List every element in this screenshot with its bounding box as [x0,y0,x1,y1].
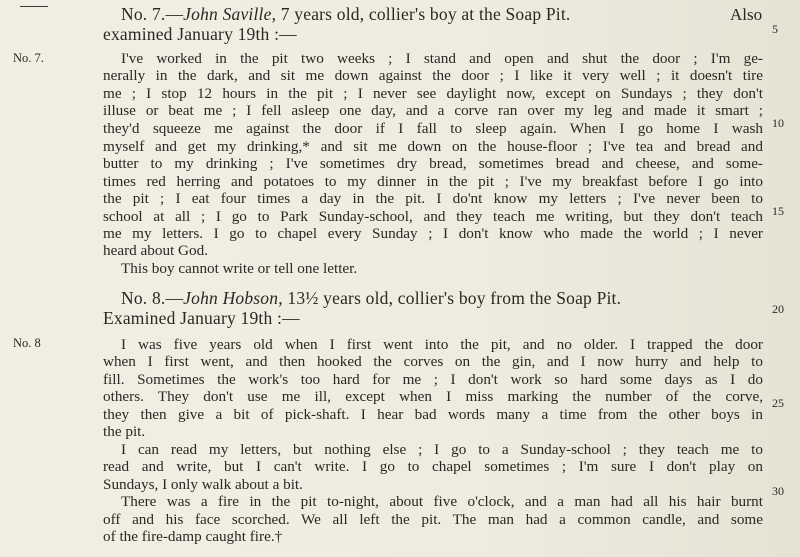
top-rule-divider [20,6,48,7]
entry7-name: John Saville, [183,4,276,24]
entry7-line: illuse or beat me ; I fell asleep one da… [103,102,763,119]
entry7-examined: examined January 19th :— [103,26,763,43]
entry7-line: me ; I stop 12 hours in the pit ; I neve… [103,85,763,102]
entry7-line: me my letters. I go to chapel every Sund… [103,225,763,242]
entry8-line: of the fire-damp caught fire.† [103,528,763,545]
entry8-heading: No. 8.—John Hobson, 13½ years old, colli… [103,290,763,307]
line-number: 10 [772,116,784,131]
entry7-line: heard about God. [103,242,763,259]
line-number: 15 [772,204,784,219]
line-number: 25 [772,396,784,411]
entry7-line: butter to my drinking ; I've sometimes d… [103,155,763,172]
entry7-line: I've worked in the pit two weeks ; I sta… [103,50,763,67]
entry8-line: I can read my letters, but nothing else … [103,441,763,458]
entry7-heading: No. 7.—John Saville, 7 years old, collie… [103,6,763,23]
margin-label-no8: No. 8 [13,336,41,351]
line-number: 30 [772,484,784,499]
document-page: No. 7.—John Saville, 7 years old, collie… [0,0,800,557]
entry8-line: the pit. [103,423,763,440]
entry7-line: school at all ; I go to Park Sunday-scho… [103,208,763,225]
entry8-line: they then give a bit of pick-shaft. I he… [103,406,763,423]
entry8-name: John Hobson, [183,288,283,308]
line-number: 20 [772,302,784,317]
entry8-line: There was a fire in the pit to-night, ab… [103,493,763,510]
also-text: Also [730,5,762,25]
entry7-line: times red herring and potatoes to my din… [103,173,763,190]
line-number: 5 [772,22,778,37]
entry8-line: others. They don't use me ill, except wh… [103,388,763,405]
entry7-note: This boy cannot write or tell one letter… [103,260,763,277]
entry8-line: Sundays, I only walk about a bit. [103,476,763,493]
entry8-line: read and write, but I can't write. I go … [103,458,763,475]
entry7-line: the pit ; I eat four times a day in the … [103,190,763,207]
entry8-examined: Examined January 19th :— [103,310,763,327]
entry7-line: myself and get my drinking,* and sit me … [103,138,763,155]
entry7-line: nerally in the dark, and sit me down aga… [103,67,763,84]
entry8-line: I was five years old when I first went i… [103,336,763,353]
entry8-line: fill. Sometimes the work's too hard for … [103,371,763,388]
entry8-line: when I first went, and then hooked the c… [103,353,763,370]
margin-label-no7: No. 7. [13,51,44,66]
entry7-line: they'd squeeze me against the door if I … [103,120,763,137]
entry8-line: off and his face scorched. We all left t… [103,511,763,528]
